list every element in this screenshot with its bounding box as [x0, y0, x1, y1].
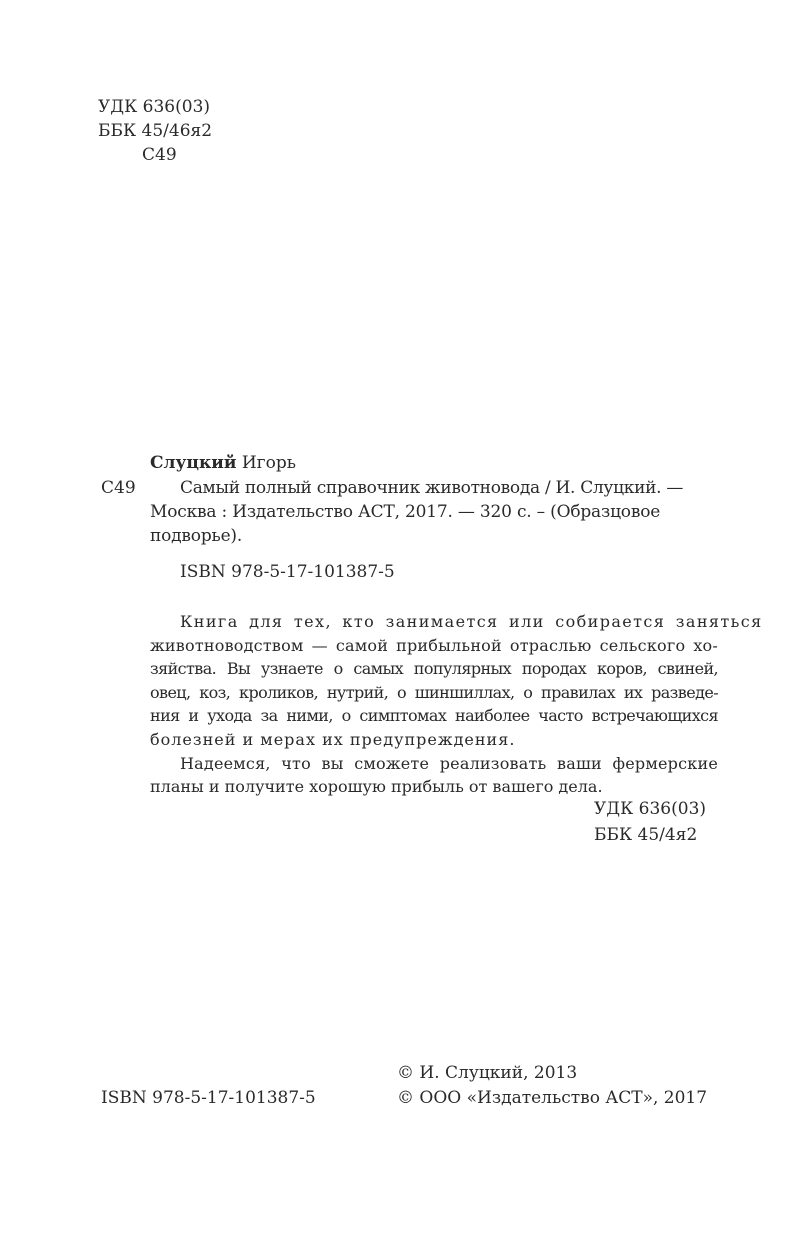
header-classification-codes: УДК 636(03) ББК 45/46я2 С49	[98, 95, 212, 167]
annotation: Книга для тех, кто занимается или собира…	[150, 610, 718, 799]
author-name: Игорь	[236, 453, 296, 473]
author-mark-left: С49	[101, 476, 136, 500]
copyright-author: © И. Слуцкий, 2013	[397, 1061, 707, 1086]
author-mark: С49	[98, 143, 212, 167]
bibliographic-description: Самый полный справочник животновода / И.…	[150, 476, 718, 548]
annotation-line: Книга для тех, кто занимается или собира…	[150, 610, 718, 634]
biblio-line: Москва : Издательство АСТ, 2017. — 320 с…	[150, 500, 718, 524]
annotation-line: овец, коз, кроликов, нутрий, о шиншиллах…	[150, 681, 718, 705]
annotation-line: Надеемся, что вы сможете реализовать ваш…	[150, 752, 718, 776]
isbn-record: ISBN 978-5-17-101387-5	[180, 560, 395, 584]
annotation-line: болезней и мерах их предупреждения.	[150, 728, 718, 752]
footer-classification-codes: УДК 636(03) ББК 45/4я2	[594, 797, 706, 849]
annotation-line: планы и получите хорошую прибыль от ваше…	[150, 775, 718, 799]
bbk-code: ББК 45/46я2	[98, 119, 212, 143]
copyright-block: © И. Слуцкий, 2013 © ООО «Издательство А…	[397, 1061, 707, 1111]
copyright-publisher: © ООО «Издательство АСТ», 2017	[397, 1086, 707, 1111]
footer-isbn: ISBN 978-5-17-101387-5	[101, 1086, 316, 1110]
udk-code: УДК 636(03)	[594, 797, 706, 823]
annotation-line: ния и ухода за ними, о симптомах наиболе…	[150, 704, 718, 728]
author-heading: Слуцкий Игорь	[150, 451, 296, 475]
bbk-code: ББК 45/4я2	[594, 823, 706, 849]
biblio-line: Самый полный справочник животновода / И.…	[150, 476, 718, 500]
udk-code: УДК 636(03)	[98, 95, 212, 119]
author-surname: Слуцкий	[150, 453, 236, 473]
biblio-line: подворье).	[150, 524, 718, 548]
annotation-line: зяйства. Вы узнаете о самых популярных п…	[150, 657, 718, 681]
annotation-line: животноводством — самой прибыльной отрас…	[150, 634, 718, 658]
